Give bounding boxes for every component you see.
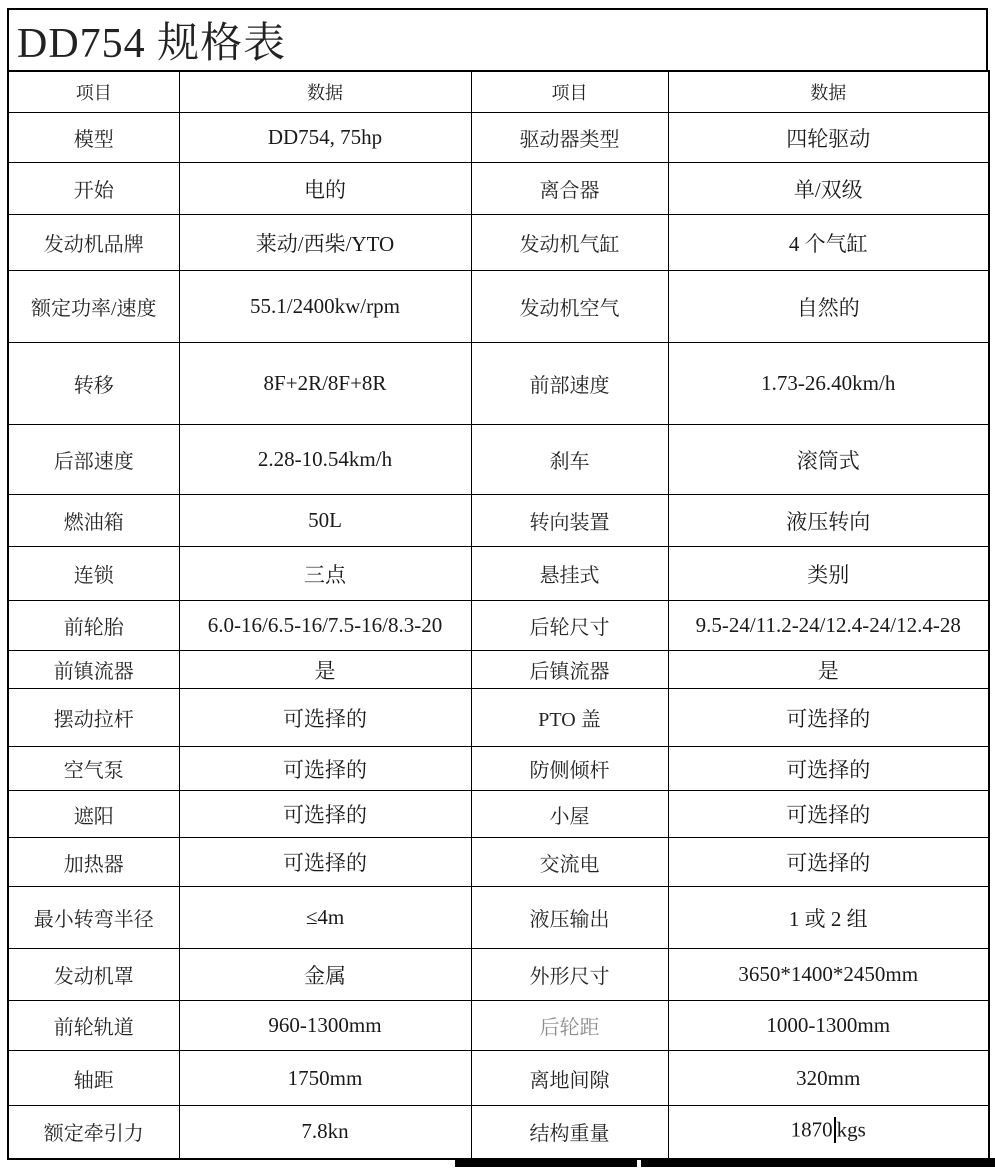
spec-item-value: 1.73-26.40km/h [668,343,989,425]
spec-item-value: 960-1300mm [179,1001,471,1051]
spec-item-label: 结构重量 [471,1106,668,1159]
spec-item-label: 驱动器类型 [471,113,668,163]
spec-item-label: 最小转弯半径 [8,887,179,949]
spec-item-label: 液压输出 [471,887,668,949]
spec-item-label: 前轮胎 [8,601,179,651]
spec-item-label: 开始 [8,163,179,215]
table-row: 燃油箱50L转向装置液压转向 [8,495,989,547]
table-row: 转移8F+2R/8F+8R前部速度1.73-26.40km/h [8,343,989,425]
spec-item-value: 2.28-10.54km/h [179,425,471,495]
table-row: 额定功率/速度55.1/2400kw/rpm发动机空气自然的 [8,271,989,343]
spec-table-body: 模型DD754, 75hp驱动器类型四轮驱动开始电的离合器单/双级发动机品牌莱动… [8,113,989,1159]
bottom-black-bar-left [455,1158,637,1167]
spec-item-label: 后轮尺寸 [471,601,668,651]
spec-item-label: 额定功率/速度 [8,271,179,343]
table-row: 额定牵引力7.8kn结构重量1870kgs [8,1106,989,1159]
spec-item-value: 可选择的 [668,747,989,791]
header-item-left: 项目 [8,71,179,113]
spec-item-value: 1750mm [179,1051,471,1106]
spec-item-value: 4 个气缸 [668,215,989,271]
spec-item-value: 电的 [179,163,471,215]
spec-item-value: 自然的 [668,271,989,343]
table-row: 开始电的离合器单/双级 [8,163,989,215]
table-row: 发动机品牌莱动/西柴/YTO发动机气缸4 个气缸 [8,215,989,271]
spec-item-value: 是 [179,651,471,689]
table-row: 发动机罩金属外形尺寸3650*1400*2450mm [8,949,989,1001]
text-cursor-caret [834,1117,836,1143]
spec-item-label: 摆动拉杆 [8,689,179,747]
spec-item-label: 发动机空气 [471,271,668,343]
value-after-caret: kgs [837,1118,866,1142]
spec-item-value: 类别 [668,547,989,601]
spec-item-value: 液压转向 [668,495,989,547]
spec-item-label: 外形尺寸 [471,949,668,1001]
spec-item-label: 轴距 [8,1051,179,1106]
spec-item-label: 小屋 [471,791,668,838]
spec-item-label: 额定牵引力 [8,1106,179,1159]
spec-item-label: 后部速度 [8,425,179,495]
spec-item-value: 8F+2R/8F+8R [179,343,471,425]
table-row: 连锁三点悬挂式类别 [8,547,989,601]
spec-item-label: 离地间隙 [471,1051,668,1106]
header-item-right: 项目 [471,71,668,113]
spec-item-value: 莱动/西柴/YTO [179,215,471,271]
spec-item-label: 前部速度 [471,343,668,425]
spec-item-value: 可选择的 [179,689,471,747]
spec-item-value: 可选择的 [179,747,471,791]
page-title: DD754 规格表 [7,8,988,70]
spec-item-label: 防侧倾杆 [471,747,668,791]
spec-item-label: 发动机罩 [8,949,179,1001]
spec-item-value: 可选择的 [668,791,989,838]
bottom-black-bar-right [641,1158,995,1167]
spec-item-value: 可选择的 [179,791,471,838]
table-row: 模型DD754, 75hp驱动器类型四轮驱动 [8,113,989,163]
spec-item-value: 可选择的 [668,689,989,747]
spec-item-value: 9.5-24/11.2-24/12.4-24/12.4-28 [668,601,989,651]
spec-item-value: 320mm [668,1051,989,1106]
table-row: 轴距1750mm离地间隙320mm [8,1051,989,1106]
spec-item-value: 三点 [179,547,471,601]
header-data-left: 数据 [179,71,471,113]
spec-item-label: 燃油箱 [8,495,179,547]
spec-item-label: 交流电 [471,838,668,887]
spec-item-label: 前镇流器 [8,651,179,689]
spec-item-value: 50L [179,495,471,547]
spec-item-label: 发动机品牌 [8,215,179,271]
table-row: 前镇流器是后镇流器是 [8,651,989,689]
value-before-caret: 1870 [791,1118,833,1142]
table-row: 遮阳可选择的小屋可选择的 [8,791,989,838]
spec-item-value: 55.1/2400kw/rpm [179,271,471,343]
spec-item-value: 1000-1300mm [668,1001,989,1051]
table-row: 最小转弯半径≤4m液压输出1 或 2 组 [8,887,989,949]
table-row: 前轮胎6.0-16/6.5-16/7.5-16/8.3-20后轮尺寸9.5-24… [8,601,989,651]
table-row: 加热器可选择的交流电可选择的 [8,838,989,887]
spec-item-label: PTO 盖 [471,689,668,747]
spec-item-label: 离合器 [471,163,668,215]
spec-item-label: 空气泵 [8,747,179,791]
spec-item-label: 遮阳 [8,791,179,838]
spec-item-value: 可选择的 [668,838,989,887]
spec-item-value: 1870kgs [668,1106,989,1159]
spec-item-value: 7.8kn [179,1106,471,1159]
spec-item-label: 连锁 [8,547,179,601]
spec-item-value: 1 或 2 组 [668,887,989,949]
spec-item-value: 是 [668,651,989,689]
spec-item-label: 转移 [8,343,179,425]
spec-item-value: 3650*1400*2450mm [668,949,989,1001]
spec-item-label: 模型 [8,113,179,163]
spec-item-value: 可选择的 [179,838,471,887]
header-data-right: 数据 [668,71,989,113]
spec-item-label: 后镇流器 [471,651,668,689]
table-row: 空气泵可选择的防侧倾杆可选择的 [8,747,989,791]
spec-item-value: 6.0-16/6.5-16/7.5-16/8.3-20 [179,601,471,651]
spec-item-label: 转向装置 [471,495,668,547]
spec-item-label: 悬挂式 [471,547,668,601]
spec-item-value: ≤4m [179,887,471,949]
spec-item-value: DD754, 75hp [179,113,471,163]
header-row: 项目 数据 项目 数据 [8,71,989,113]
spec-item-value: 滚筒式 [668,425,989,495]
spec-item-label: 刹车 [471,425,668,495]
spec-item-label: 加热器 [8,838,179,887]
spec-item-value: 四轮驱动 [668,113,989,163]
spec-item-label: 发动机气缸 [471,215,668,271]
spec-item-label: 前轮轨道 [8,1001,179,1051]
table-row: 摆动拉杆可选择的PTO 盖可选择的 [8,689,989,747]
spec-item-value: 金属 [179,949,471,1001]
table-row: 前轮轨道960-1300mm后轮距1000-1300mm [8,1001,989,1051]
spec-table: 项目 数据 项目 数据 模型DD754, 75hp驱动器类型四轮驱动开始电的离合… [7,70,990,1160]
spec-item-label: 后轮距 [471,1001,668,1051]
table-row: 后部速度2.28-10.54km/h刹车滚筒式 [8,425,989,495]
spec-sheet: DD754 规格表 项目 数据 项目 数据 模型DD754, 75hp驱动器类型… [7,8,988,1160]
spec-item-value: 单/双级 [668,163,989,215]
